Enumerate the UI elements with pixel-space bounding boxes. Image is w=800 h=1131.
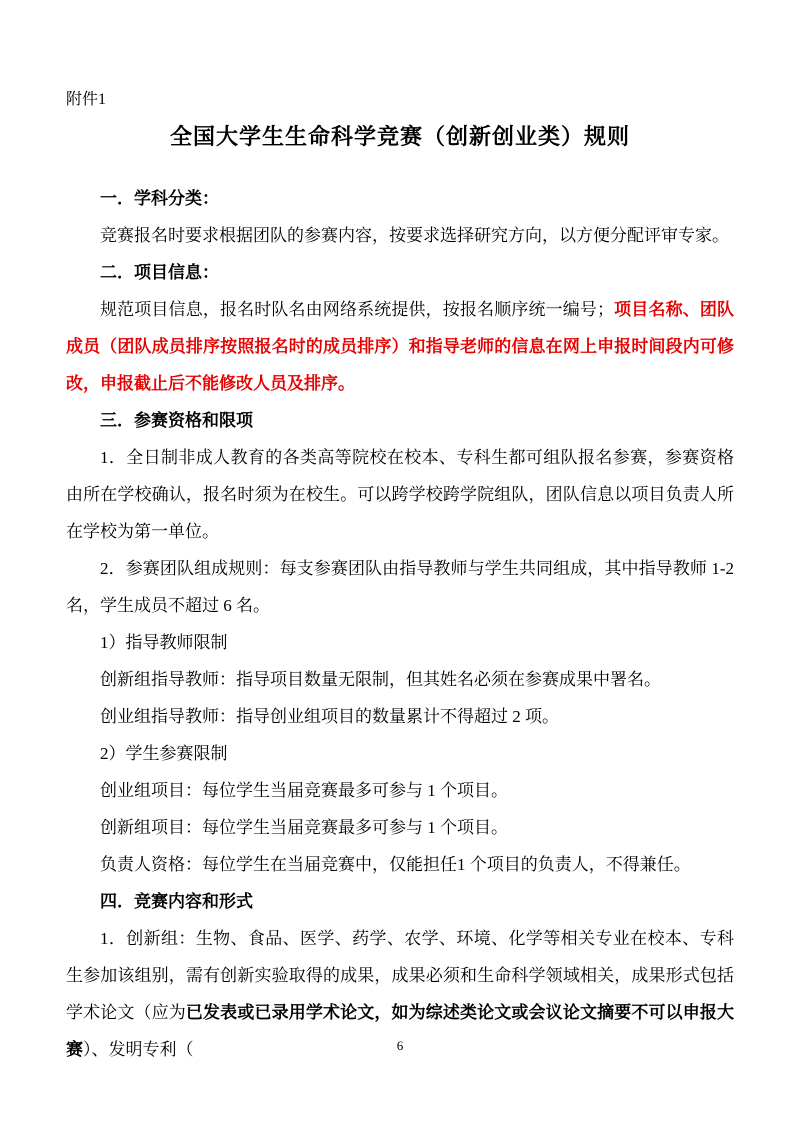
text-run: 竞赛报名时要求根据团队的参赛内容，按要求选择研究方向，以方便分配评审专家。: [100, 226, 729, 245]
paragraph-leader-qualification: 负责人资格：每位学生在当届竞赛中，仅能担任1 个项目的负责人，不得兼任。: [66, 846, 734, 883]
text-run: 四．竞赛内容和形式: [100, 892, 253, 911]
text-run: 创业组指导教师：指导创业组项目的数量累计不得超过 2 项。: [100, 707, 559, 726]
paragraph-entrepreneur-project-limit: 创业组项目：每位学生当届竞赛最多可参与 1 个项目。: [66, 772, 734, 809]
text-run: 创新组项目：每位学生当届竞赛最多可参与 1 个项目。: [100, 818, 508, 837]
text-run: 2．参赛团队组成规则：每支参赛团队由指导教师与学生共同组成，其中指导教师 1-2…: [66, 559, 734, 615]
document-title: 全国大学生生命科学竞赛（创新创业类）规则: [0, 121, 800, 153]
text-run: 三．参赛资格和限项: [100, 411, 253, 430]
text-run: 1．全日制非成人教育的各类高等院校在校本、专科生都可组队报名参赛，参赛资格由所在…: [66, 448, 734, 541]
text-run: 负责人资格：每位学生在当届竞赛中，仅能担任1 个项目的负责人，不得兼任。: [100, 855, 691, 874]
paragraph-team-rules: 2．参赛团队组成规则：每支参赛团队由指导教师与学生共同组成，其中指导教师 1-2…: [66, 550, 734, 624]
paragraph-project-info: 规范项目信息，报名时队名由网络系统提供，按报名顺序统一编号；项目名称、团队成员（…: [66, 291, 734, 402]
section-heading-3: 三．参赛资格和限项: [66, 402, 734, 439]
text-run: 二．项目信息：: [100, 263, 219, 282]
paragraph-eligibility-1: 1．全日制非成人教育的各类高等院校在校本、专科生都可组队报名参赛，参赛资格由所在…: [66, 439, 734, 550]
paragraph-discipline: 竞赛报名时要求根据团队的参赛内容，按要求选择研究方向，以方便分配评审专家。: [66, 217, 734, 254]
section-heading-4: 四．竞赛内容和形式: [66, 883, 734, 920]
text-run: 规范项目信息，报名时队名由网络系统提供，按报名顺序统一编号；: [100, 300, 614, 319]
document-body: 一．学科分类： 竞赛报名时要求根据团队的参赛内容，按要求选择研究方向，以方便分配…: [66, 180, 734, 1068]
paragraph-advisor-limit-title: 1）指导教师限制: [66, 624, 734, 661]
paragraph-innovation-project-limit: 创新组项目：每位学生当届竞赛最多可参与 1 个项目。: [66, 809, 734, 846]
text-run: 一．学科分类：: [100, 189, 219, 208]
text-run: 创业组项目：每位学生当届竞赛最多可参与 1 个项目。: [100, 781, 508, 800]
section-heading-1: 一．学科分类：: [66, 180, 734, 217]
text-run: 1）指导教师限制: [100, 633, 228, 652]
document-page: 附件1 全国大学生生命科学竞赛（创新创业类）规则 一．学科分类： 竞赛报名时要求…: [0, 0, 800, 1131]
paragraph-innovation-advisor: 创新组指导教师：指导项目数量无限制，但其姓名必须在参赛成果中署名。: [66, 661, 734, 698]
paragraph-entrepreneur-advisor: 创业组指导教师：指导创业组项目的数量累计不得超过 2 项。: [66, 698, 734, 735]
page-number: 6: [0, 1038, 800, 1054]
section-heading-2: 二．项目信息：: [66, 254, 734, 291]
attachment-label: 附件1: [66, 90, 106, 110]
text-run: 2）学生参赛限制: [100, 744, 228, 763]
paragraph-student-limit-title: 2）学生参赛限制: [66, 735, 734, 772]
text-run: 创新组指导教师：指导项目数量无限制，但其姓名必须在参赛成果中署名。: [100, 670, 661, 689]
